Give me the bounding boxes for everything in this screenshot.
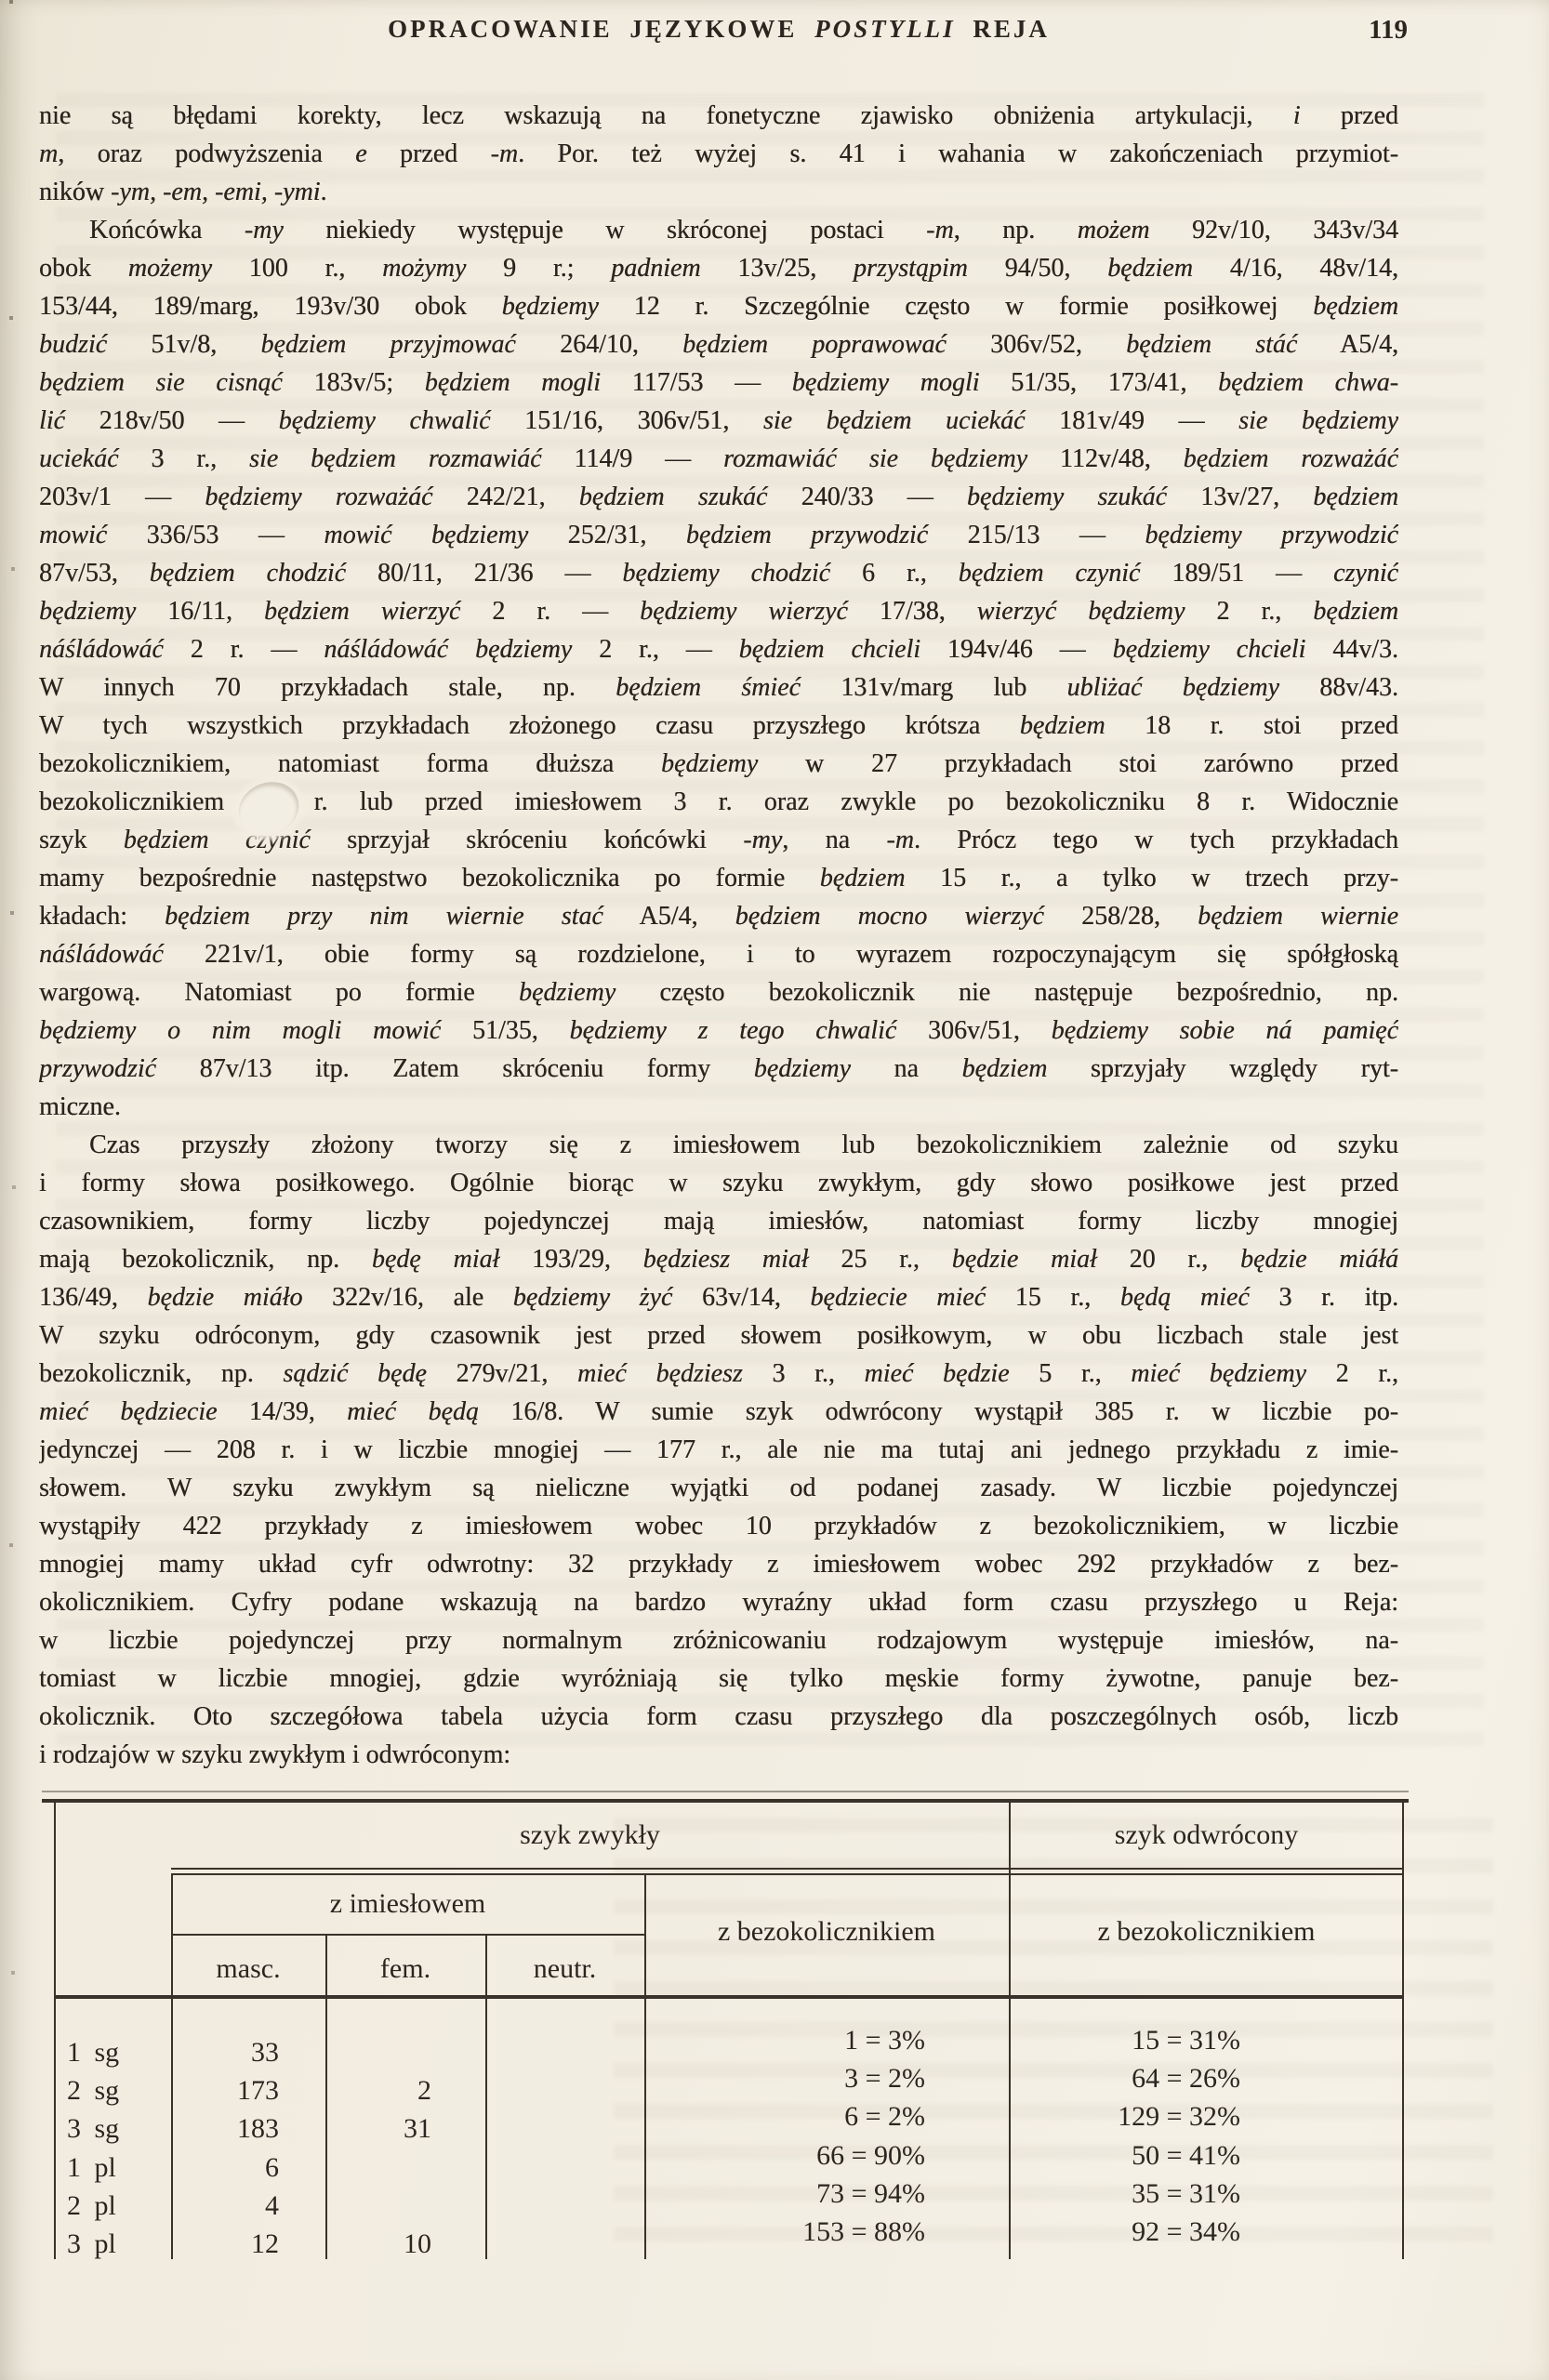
text-segment: 114/9 — [542,444,723,473]
column-header-neutr: neutr. [485,1953,644,1985]
text-segment: będziemy przywodzić [1145,521,1398,549]
text-segment: będziemy wierzyć [640,597,848,626]
text-segment: Czas przyszły złożony tworzy się z imies… [89,1130,1398,1159]
text-line: kładach: będziem przy nim wiernie stać A… [39,897,1398,935]
text-segment: ników [39,178,111,206]
text-line: 87v/53, będziem chodzić 80/11, 21/36 — b… [39,554,1398,592]
text-segment: będziemy chodzić [622,559,830,588]
fem-count [325,2149,485,2187]
text-segment: wierzyć będziemy [977,597,1185,626]
text-segment: będziemy rozważáć [205,483,432,511]
fem-count: 31 [325,2109,485,2148]
column-group-inverted-order: szyk odwrócony [1009,1819,1404,1851]
frequency-table: szyk zwykły szyk odwrócony z imiesłowem … [54,1799,1404,2268]
text-line: nie są błędami korekty, lecz wskazują na… [39,97,1398,135]
text-segment: nie są błędami korekty, lecz wskazują na… [39,101,1293,130]
fem-count: 2 [325,2071,485,2109]
infinitive-inverted-value: 92 = 34% [1009,2213,1404,2251]
text-segment: budzić [39,330,107,359]
text-segment: Końcówka [89,216,245,245]
text-segment: wystąpiły 422 przykłady z imiesłowem wob… [39,1512,1398,1540]
text-segment: A5/4, [603,902,735,931]
text-segment: będziem czynić [959,559,1141,588]
fem-count: 10 [325,2225,485,2263]
text-line: 203v/1 — będziemy rozważáć 242/21, będzi… [39,478,1398,516]
text-segment: czasownikiem, formy liczby pojedynczej m… [39,1207,1398,1236]
text-segment: bezokolicznik, np. [39,1359,283,1388]
text-segment: przystąpim [854,254,968,283]
neutr-count [485,2149,644,2187]
infinitive-inverted-value: 35 = 31% [1009,2175,1404,2213]
running-header-text: REJA [956,15,1050,43]
text-segment: -m [926,216,954,245]
text-segment: 51/35, 173/41, [979,368,1218,397]
text-segment: 14/39, [217,1397,347,1426]
text-segment: náśládowáć [39,635,164,664]
text-segment: 15 r., [986,1283,1120,1312]
text-line: mowić 336/53 — mowić będziemy 252/31, bę… [39,516,1398,554]
text-segment: 80/11, 21/36 — [346,559,622,588]
neutr-count [485,2109,644,2148]
text-line: będziemy 16/11, będziem wierzyć 2 r. — b… [39,592,1398,630]
text-segment: będziem mogli [425,368,601,397]
text-segment: 6 r., [830,559,959,588]
text-segment: -m [491,139,519,168]
text-line: przywodzić 87v/13 itp. Zatem skróceniu f… [39,1050,1398,1088]
text-segment: 279v/21, [427,1359,577,1388]
text-segment: sie będziem uciekáć [763,406,1026,435]
text-segment: 193/29, [499,1245,642,1274]
column-header-fem: fem. [325,1953,485,1985]
text-segment: 131v/marg lub [801,673,1067,702]
text-segment: mieć będziecie [39,1397,217,1426]
text-line: náśládowáć 221v/1, obie formy są rozdzie… [39,935,1398,973]
neutr-count [485,2071,644,2109]
text-segment: jedynczej — 208 r. i w liczbie mnogiej —… [39,1435,1398,1464]
text-segment: mają bezokolicznik, np. [39,1245,372,1274]
text-segment: 88v/43. [1279,673,1398,702]
infinitive-normal-value: 6 = 2% [644,2097,1009,2135]
person-label: 3 pl [67,2225,171,2263]
text-line: uciekáć 3 r., sie będziem rozmawiáć 114/… [39,440,1398,478]
infinitive-inverted-value: 64 = 26% [1009,2059,1404,2097]
text-segment: będziem [1020,711,1105,740]
text-segment: 44v/3. [1305,635,1398,664]
text-segment: przywodzić [39,1054,156,1083]
text-segment: będziem wierzyć [264,597,460,626]
text-segment: bezokolicznikiem, natomiast forma dłuższ… [39,749,661,778]
text-segment: 258/28, [1044,902,1198,931]
text-segment: 4/16, 48v/14, [1193,254,1398,283]
table-rule [171,1934,646,1936]
text-line: W innych 70 przykładach stale, np. będzi… [39,668,1398,707]
text-line: Czas przyszły złożony tworzy się z imies… [39,1126,1398,1164]
text-segment: mieć będziemy [1131,1359,1306,1388]
text-segment: niekiedy występuje w skróconej postaci [284,216,926,245]
text-segment: będziecie mieć [810,1283,986,1312]
text-line: m, oraz podwyższenia e przed -m. Por. te… [39,135,1398,173]
text-segment: 51v/8, [107,330,260,359]
text-segment: 218v/50 — [65,406,279,435]
text-line: náśládowáć 2 r. — náśládowáć będziemy 2 … [39,630,1398,668]
text-segment: mieć będziesz [577,1359,743,1388]
table-rule [42,1791,1409,1792]
text-segment: 306v/52, [947,330,1126,359]
column-header-masc: masc. [171,1953,325,1985]
text-line: mnogiej mamy układ cyfr odwrotny: 32 prz… [39,1545,1398,1583]
text-segment: będziem rozważáć [1184,444,1398,473]
page: OPRACOWANIE JĘZYKOWE POSTYLLI REJA 119 n… [0,0,1549,2380]
text-segment: 20 r., [1097,1245,1240,1274]
text-segment: 306v/51, [896,1016,1051,1045]
text-segment: . Prócz tego w tych przykładach [914,826,1398,854]
text-segment: -m [886,826,914,854]
text-line: okolicznikiem. Cyfry podane wskazują na … [39,1583,1398,1621]
text-segment: sądzić będę [283,1359,427,1388]
text-segment: 136/49, [39,1283,147,1312]
text-segment: 2 r., — [572,635,739,664]
text-segment: 3 r. itp. [1250,1283,1398,1312]
text-segment: będziem przyjmować [260,330,515,359]
text-segment: 9 r.; [466,254,611,283]
text-segment: przed [1300,101,1398,130]
text-line: 136/49, będzie miáło 322v/16, ale będzie… [39,1278,1398,1316]
text-segment: 203v/1 — [39,483,205,511]
masc-count: 183 [171,2109,325,2148]
text-segment: będziem śmieć [616,673,801,702]
text-segment: 2 r. — [164,635,324,664]
text-segment: będziem chwa- [1218,368,1398,397]
text-segment: miczne. [39,1092,121,1121]
text-segment: w liczbie pojedynczej przy normalnym zró… [39,1626,1398,1655]
text-line: budzić 51v/8, będziem przyjmować 264/10,… [39,325,1398,364]
text-segment: możem [1078,216,1150,245]
text-segment: 92v/10, 343v/34 [1149,216,1398,245]
text-segment: będziemy [502,292,599,321]
text-segment: sie będziemy [1238,406,1398,435]
text-segment: 117/53 — [601,368,792,397]
text-line: mieć będziecie 14/39, mieć będą 16/8. W … [39,1393,1398,1431]
column-infinitive-normal: z bezokolicznikiem [644,1916,1009,1948]
text-line: lić 218v/50 — będziemy chwalić 151/16, 3… [39,402,1398,440]
text-segment: będziemy [39,597,136,626]
infinitive-inverted-value: 15 = 31% [1009,2021,1404,2059]
text-segment: będziemy z tego chwalić [570,1016,897,1045]
text-line: wargową. Natomiast po formie będziemy cz… [39,973,1398,1011]
person-label: 2 pl [67,2187,171,2225]
text-segment: 3 r., [119,444,250,473]
text-segment: 25 r., [809,1245,952,1274]
page-number: 119 [1369,15,1408,46]
text-segment: uciekáć [39,444,119,473]
person-label: 3 sg [67,2109,171,2148]
text-line: okolicznik. Oto szczegółowa tabela użyci… [39,1698,1398,1736]
text-segment: tomiast w liczbie mnogiej, gdzie wyróżni… [39,1664,1398,1693]
text-segment: i rodzajów w szyku zwykłym i odwróconym: [39,1740,510,1769]
text-line: w liczbie pojedynczej przy normalnym zró… [39,1621,1398,1659]
text-segment: słowem. W szyku zwykłym są nieliczne wyj… [39,1474,1398,1502]
text-segment: będziem [1107,254,1193,283]
column-infinitive-inverted: z bezokolicznikiem [1009,1916,1404,1948]
text-segment: obok [39,254,128,283]
text-segment: okolicznikiem. Cyfry podane wskazują na … [39,1588,1398,1617]
text-segment: m [39,139,58,168]
text-line: mają bezokolicznik, np. będę miał 193/29… [39,1240,1398,1278]
text-line: mamy bezpośrednie następstwo bezokoliczn… [39,859,1398,897]
text-segment: mieć będą [347,1397,479,1426]
text-segment: będziem [1313,597,1398,626]
text-segment: 94/50, [968,254,1107,283]
text-segment: okolicznik. Oto szczegółowa tabela użyci… [39,1702,1398,1731]
text-segment: będziesz miał [643,1245,809,1274]
infinitive-inverted-value: 50 = 41% [1009,2136,1404,2175]
masc-count: 6 [171,2149,325,2187]
text-segment: 153/44, 189/marg, 193v/30 obok [39,292,502,321]
text-segment: mnogiej mamy układ cyfr odwrotny: 32 prz… [39,1550,1398,1579]
text-segment: 3 r., [743,1359,865,1388]
text-segment: będziem poprawować [682,330,947,359]
text-segment: wargową. Natomiast po formie [39,978,519,1007]
text-segment: będziemy chwalić [279,406,491,435]
text-segment: 5 r., [1010,1359,1132,1388]
text-segment: będziemy [519,978,616,1007]
text-segment: 336/53 — [107,521,324,549]
text-line: Końcówka -my niekiedy występuje w skróco… [39,211,1398,249]
text-segment: mieć będzie [864,1359,1009,1388]
text-segment: padniem [611,254,700,283]
fem-count [325,2033,485,2071]
text-segment: 2 r., [1185,597,1313,626]
text-line: i rodzajów w szyku zwykłym i odwróconym: [39,1736,1398,1774]
text-segment: náśládowáć [39,940,164,969]
neutr-count [485,2225,644,2263]
text-segment: 183v/5; [283,368,425,397]
running-header: OPRACOWANIE JĘZYKOWE POSTYLLI REJA [39,15,1398,44]
text-segment: będzie miáłá [1240,1245,1398,1274]
text-segment: będziem wiernie [1198,902,1398,931]
masc-count: 12 [171,2225,325,2263]
text-segment: będziemy [661,749,758,778]
text-segment: 181v/49 — [1025,406,1238,435]
text-segment: 18 r. stoi przed [1105,711,1398,740]
text-line: wystąpiły 422 przykłady z imiesłowem wob… [39,1507,1398,1545]
text-segment: 194v/46 — [920,635,1113,664]
text-segment: 100 r., [212,254,382,283]
text-segment: 221v/1, obie formy są rozdzielone, i to … [164,940,1398,969]
text-segment: będziem szukáć [579,483,768,511]
text-line: ników -ym, -em, -emi, -ymi. [39,173,1398,211]
neutr-count [485,2033,644,2071]
text-segment: 252/31, [528,521,686,549]
text-segment: będziem mocno wierzyć [735,902,1044,931]
text-segment: 322v/16, ale [302,1283,512,1312]
text-line: 153/44, 189/marg, 193v/30 obok będziemy … [39,287,1398,325]
text-segment: 151/16, 306v/51, [491,406,763,435]
text-segment: będzie miał [952,1245,1097,1274]
text-segment: mamy bezpośrednie następstwo bezokoliczn… [39,864,820,892]
text-segment: . Por. też wyżej s. 41 i wahania w zakoń… [518,139,1398,168]
text-segment: 16/8. W sumie szyk odwrócony wystąpił 38… [479,1397,1398,1426]
text-segment: w 27 przykładach stoi zarówno przed [758,749,1398,778]
text-line: miczne. [39,1088,1398,1126]
text-segment: 2 r., [1306,1359,1398,1388]
text-line: będziemy o nim mogli mowić 51/35, będzie… [39,1011,1398,1050]
text-segment: 16/11, [136,597,264,626]
text-line: W szyku odróconym, gdy czasownik jest pr… [39,1316,1398,1355]
text-segment: 17/38, [848,597,977,626]
masc-count: 33 [171,2033,325,2071]
text-segment: W innych 70 przykładach stale, np. [39,673,616,702]
text-segment: ubliżać będziemy [1067,673,1279,702]
text-line: słowem. W szyku zwykłym są nieliczne wyj… [39,1469,1398,1507]
text-segment: często bezokolicznik nie następuje bezpo… [616,978,1398,1007]
text-segment: sie będziem rozmawiáć [249,444,542,473]
text-segment: . [320,178,326,206]
text-segment: rozmawiáć sie będziemy [723,444,1027,473]
text-segment: będziemy [754,1054,851,1083]
text-segment: -my [743,826,782,854]
work-title-italic: POSTYLLI [814,15,956,43]
text-segment: będziem [1313,292,1398,321]
text-line: tomiast w liczbie mnogiej, gdzie wyróżni… [39,1659,1398,1698]
text-segment: sprzyjał skróceniu końcówki [311,826,743,854]
text-segment: , oraz podwyższenia [58,139,355,168]
infinitive-inverted-value: 129 = 32% [1009,2097,1404,2135]
text-line: bezokolicznik, np. sądzić będę 279v/21, … [39,1355,1398,1393]
text-segment: będziemy szukáć [967,483,1167,511]
text-segment: będziem [820,864,906,892]
text-segment: będziemy chcieli [1113,635,1306,664]
text-segment: przed [367,139,491,168]
text-segment: náśládowáć będziemy [324,635,572,664]
text-segment: -my [245,216,284,245]
body-text: nie są błędami korekty, lecz wskazują na… [39,97,1398,1774]
text-segment: kładach: [39,902,165,931]
text-segment: -ym, -em, -emi, -ymi [111,178,320,206]
infinitive-normal-value: 66 = 90% [644,2136,1009,2175]
person-label: 2 sg [67,2071,171,2109]
text-segment: 51/35, [441,1016,569,1045]
text-segment: e [355,139,366,168]
masc-count: 4 [171,2187,325,2225]
table-row: 3 pl 12 10 153 = 88% 92 = 34% [54,2225,1404,2263]
text-segment: czynić [1333,559,1398,588]
text-segment: 264/10, [516,330,682,359]
text-segment: lić [39,406,65,435]
text-segment: będziemy mogli [792,368,980,397]
text-line: bezokolicznikiem, natomiast forma dłuższ… [39,745,1398,783]
text-line: W tych wszystkich przykładach złożonego … [39,707,1398,745]
scan-specks [9,0,13,4]
neutr-count [485,2187,644,2225]
text-segment: 87v/53, [39,559,150,588]
text-segment: 13v/27, [1167,483,1313,511]
text-segment: , np. [954,216,1078,245]
text-segment: będziem sie cisnąć [39,368,283,397]
infinitive-normal-value: 1 = 3% [644,2021,1009,2059]
text-line: jedynczej — 208 r. i w liczbie mnogiej —… [39,1431,1398,1469]
text-segment: możemy [128,254,212,283]
text-segment: , na [782,826,886,854]
text-segment: 87v/13 itp. Zatem skróceniu formy [156,1054,754,1083]
text-segment: sprzyjały względy ryt- [1047,1054,1398,1083]
text-segment: 215/13 — [928,521,1145,549]
infinitive-normal-value: 153 = 88% [644,2213,1009,2251]
text-segment: 240/33 — [767,483,967,511]
text-segment: będziem przy nim wiernie stać [165,902,603,931]
text-segment: 13v/25, [701,254,854,283]
text-segment: będziemy o nim mogli mowić [39,1016,441,1045]
text-segment: W szyku odróconym, gdy czasownik jest pr… [39,1321,1398,1350]
text-segment: mowić będziemy [324,521,528,549]
text-segment: 242/21, [432,483,578,511]
text-segment: W tych wszystkich przykładach złożonego … [39,711,1020,740]
text-segment: będziem przywodzić [686,521,928,549]
text-segment: możymy [382,254,466,283]
column-group-participle: z imiesłowem [171,1888,644,1920]
table-rule [171,1873,1404,1875]
text-segment: będziemy żyć [513,1283,673,1312]
text-segment: 112v/48, [1027,444,1184,473]
running-header-text: OPRACOWANIE JĘZYKOWE [388,15,814,43]
text-segment: 15 r., a tylko w trzech przy- [905,864,1398,892]
infinitive-normal-value: 3 = 2% [644,2059,1009,2097]
text-segment: będziem chcieli [739,635,920,664]
column-group-normal-order: szyk zwykły [171,1819,1009,1851]
masc-count: 173 [171,2071,325,2109]
text-line: obok możemy 100 r., możymy 9 r.; padniem… [39,249,1398,287]
fem-count [325,2187,485,2225]
text-segment: będziem stáć [1126,330,1297,359]
text-segment: mowić [39,521,107,549]
person-label: 1 pl [67,2149,171,2187]
text-segment: 63v/14, [672,1283,810,1312]
infinitive-normal-value: 73 = 94% [644,2175,1009,2213]
text-line: i formy słowa posiłkowego. Ogólnie biorą… [39,1164,1398,1202]
table-rule [42,1799,1409,1803]
text-segment: i formy słowa posiłkowego. Ogólnie biorą… [39,1169,1398,1197]
text-segment: szyk [39,826,124,854]
text-line: będziem sie cisnąć 183v/5; będziem mogli… [39,364,1398,402]
text-segment: 189/51 — [1140,559,1333,588]
text-line: czasownikiem, formy liczby pojedynczej m… [39,1202,1398,1240]
text-segment: będziem chodzić [150,559,346,588]
text-segment: na [851,1054,962,1083]
table-rule [171,1868,1404,1870]
text-segment: będziem [962,1054,1048,1083]
text-segment: będzie miáło [147,1283,302,1312]
text-segment: będziemy sobie ná pamięć [1052,1016,1398,1045]
text-segment: będziem [1313,483,1398,511]
text-segment: 12 r. Szczególnie często w formie posiłk… [599,292,1313,321]
person-label: 1 sg [67,2033,171,2071]
text-segment: będę miał [372,1245,499,1274]
text-segment: A5/4, [1297,330,1398,359]
text-segment: 2 r. — [460,597,640,626]
text-segment: będą mieć [1120,1283,1250,1312]
table-rule [54,1995,1404,1999]
